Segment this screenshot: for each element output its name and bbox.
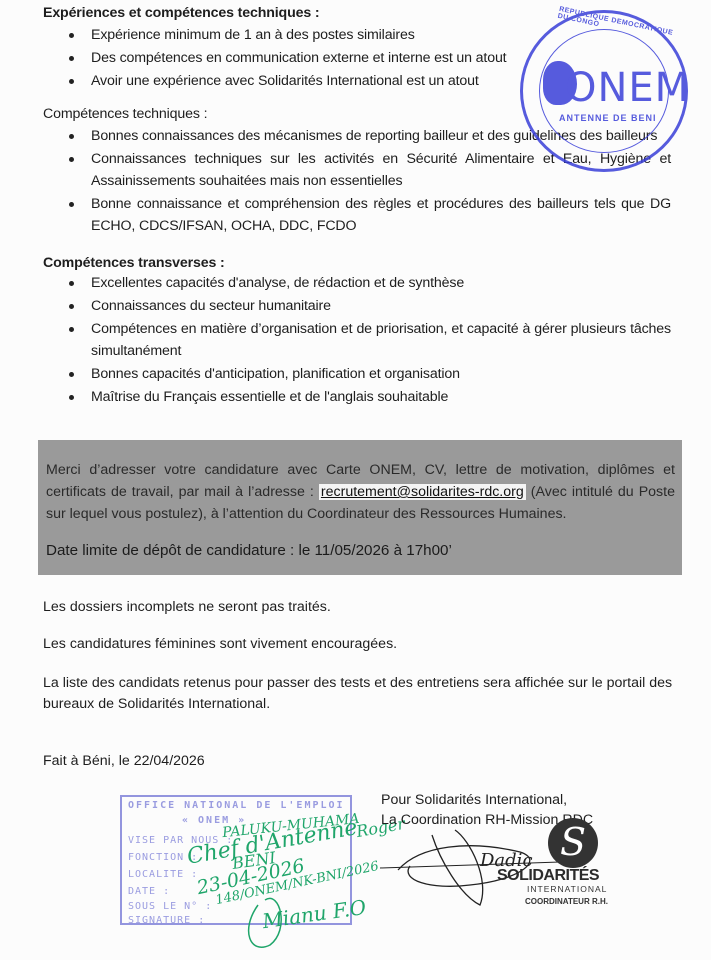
org-name: SOLIDARITÉS <box>497 867 599 885</box>
signatory-role: COORDINATEUR R.H. <box>525 897 608 906</box>
document-page: Expériences et compétences techniques : … <box>0 0 711 960</box>
solidarites-logo-icon: S <box>548 818 598 868</box>
org-subtitle: INTERNATIONAL <box>527 884 607 894</box>
logo-letter: S <box>560 820 586 864</box>
signature-line1: Pour Solidarités International, <box>381 790 593 810</box>
signature-strokes <box>0 0 711 960</box>
